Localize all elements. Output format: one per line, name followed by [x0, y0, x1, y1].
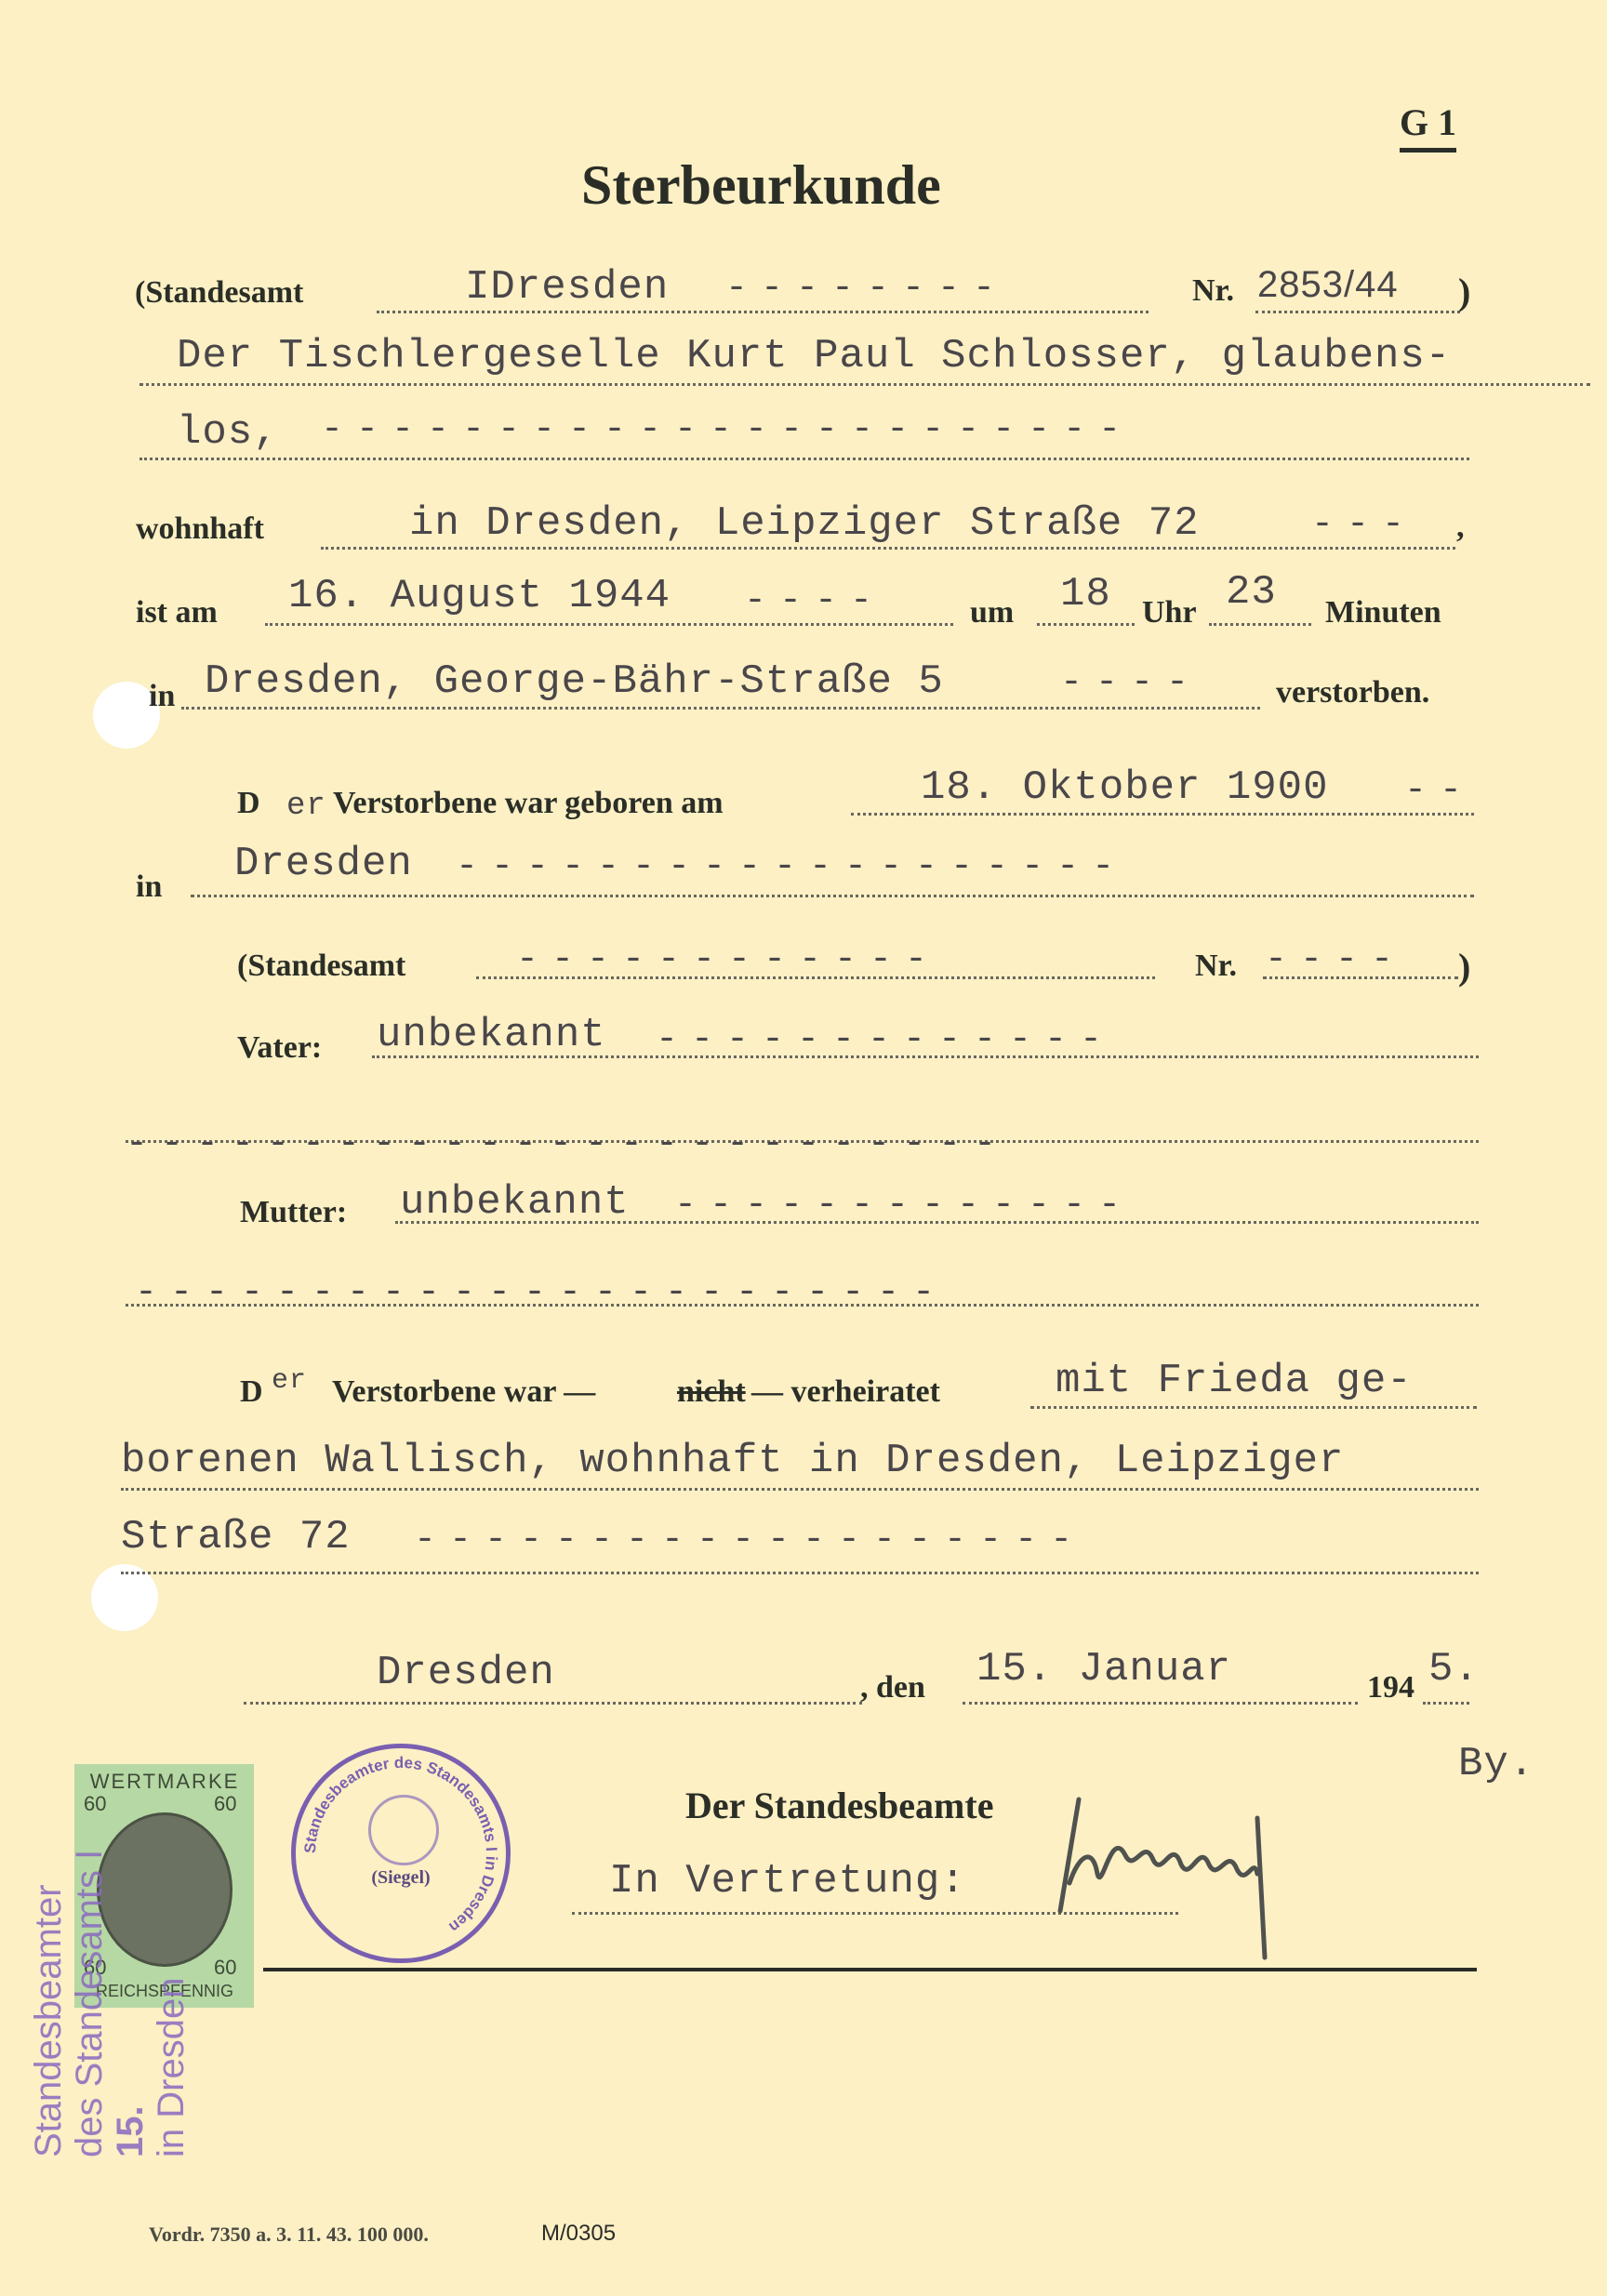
cancellation-stamp: Standesbeamter des Standesamts I 15. in …	[28, 1711, 192, 2157]
clerk-initials: By.	[1458, 1741, 1534, 1787]
marriage-field-3	[121, 1572, 1479, 1574]
birth-registry-nr-label: Nr.	[1195, 949, 1237, 984]
official-title: Der Standesbeamte	[685, 1784, 993, 1827]
cancellation-line-1: Standesbeamter	[28, 1711, 69, 2157]
birth-date-value: 18. Oktober 1900	[921, 764, 1328, 811]
death-place-filler: ----	[1060, 662, 1202, 704]
death-place-suffix: verstorben.	[1276, 675, 1429, 710]
father-filler: -------------	[656, 1019, 1115, 1061]
father-value: unbekannt	[377, 1012, 606, 1058]
registry-field-line	[377, 311, 1149, 313]
issue-date-field	[963, 1702, 1358, 1705]
issue-year-field	[1423, 1702, 1469, 1705]
revenue-stamp-value-br: 60	[214, 1956, 236, 1980]
marriage-filler: -------------------	[414, 1520, 1085, 1561]
marriage-value-line3: Straße 72	[121, 1514, 351, 1560]
birth-date-filler: --	[1404, 770, 1475, 812]
birth-place-filler: -------------------	[456, 846, 1127, 888]
death-minuten-label: Minuten	[1325, 595, 1441, 630]
mother-label: Mutter:	[240, 1195, 347, 1230]
birth-in-label: in	[136, 869, 162, 905]
issue-year-prefix: 194	[1367, 1670, 1414, 1705]
deceased-filler-dashes: -----------------------	[321, 409, 1134, 451]
death-hour-value: 18	[1060, 571, 1111, 617]
registry-nr-line	[1255, 311, 1460, 313]
marriage-field-2	[121, 1488, 1479, 1491]
issue-place-field	[244, 1702, 862, 1705]
death-minutes-field	[1209, 623, 1311, 626]
death-date-filler: ----	[744, 580, 885, 622]
registry-label: (Standesamt	[135, 275, 303, 311]
birth-place-field	[191, 895, 1474, 897]
signature-rule	[263, 1968, 1477, 1971]
mother-filler-2: -----------------------	[135, 1272, 948, 1314]
marriage-field-1	[1030, 1406, 1477, 1409]
residence-filler: ---	[1311, 504, 1417, 546]
issue-date-value: 15. Januar	[976, 1646, 1231, 1692]
birth-registry-close: )	[1458, 945, 1470, 989]
marriage-label-after: — verheiratet	[751, 1374, 940, 1410]
birth-date-field	[851, 813, 1474, 816]
deceased-line1-field	[139, 383, 1590, 386]
death-um-label: um	[970, 595, 1014, 630]
birth-label: Verstorbene war geboren am	[333, 786, 724, 821]
death-date-value: 16. August 1944	[288, 573, 671, 619]
death-date-field	[265, 623, 953, 626]
marriage-value-line2: borenen Wallisch, wohnhaft in Dresden, L…	[121, 1438, 1344, 1484]
death-place-label: in	[149, 679, 175, 714]
seal-center-label: (Siegel)	[296, 1867, 506, 1889]
page-title: Sterbeurkunde	[581, 153, 941, 218]
deceased-line2-field	[139, 458, 1469, 460]
marriage-label-prefix: D	[240, 1374, 263, 1410]
birth-label-insert: er	[286, 789, 326, 824]
seal-emblem-placeholder	[368, 1795, 439, 1865]
death-hour-field	[1037, 623, 1135, 626]
residence-value: in Dresden, Leipziger Straße 72	[409, 500, 1200, 547]
father-label: Vater:	[237, 1030, 322, 1066]
official-deputy-label: In Vertretung:	[609, 1858, 966, 1904]
father-filler-2: -------------------------	[126, 1123, 1009, 1165]
registry-filler-dashes: --------	[725, 268, 1008, 310]
issue-year-suffix: 5.	[1428, 1646, 1480, 1692]
death-place-value: Dresden, George-Bähr-Straße 5	[205, 658, 944, 705]
cancellation-line-3: 15.	[110, 1711, 151, 2157]
registry-number-value: 2853/44	[1257, 264, 1399, 306]
birth-registry-label: (Standesamt	[237, 949, 405, 984]
footer-print-reference: Vordr. 7350 a. 3. 11. 43. 100 000.	[149, 2223, 429, 2247]
cancellation-line-2: des Standesamts I	[69, 1711, 110, 2157]
marriage-value-line1: mit Frieda ge-	[1056, 1358, 1413, 1404]
marriage-label-insert: er	[272, 1365, 307, 1397]
residence-comma: ,	[1456, 510, 1465, 545]
revenue-stamp-value-tr: 60	[214, 1792, 236, 1816]
mother-filler: -------------	[674, 1185, 1134, 1227]
deceased-name-line1: Der Tischlergeselle Kurt Paul Schlosser,…	[177, 333, 1451, 379]
form-code: G 1	[1400, 100, 1456, 153]
cancellation-line-4: in Dresden	[151, 1711, 192, 2157]
marriage-label: Verstorbene war —	[332, 1374, 595, 1410]
birth-place-value: Dresden	[234, 841, 413, 887]
death-uhr-label: Uhr	[1142, 595, 1197, 630]
footer-code: M/0305	[541, 2221, 616, 2247]
handwritten-signature	[1042, 1772, 1302, 1976]
death-date-label: ist am	[136, 595, 218, 630]
deceased-name-line2: los,	[177, 409, 279, 456]
residence-label: wohnhaft	[136, 511, 264, 547]
marriage-struck-nicht: nicht	[677, 1374, 746, 1410]
death-minutes-value: 23	[1226, 569, 1277, 616]
birth-registry-nr-filler: ----	[1265, 939, 1406, 981]
issue-den-label: , den	[860, 1670, 925, 1705]
registry-office-value: IDresden	[465, 264, 669, 311]
death-place-field	[181, 707, 1260, 710]
registry-nr-label: Nr.	[1192, 273, 1234, 309]
mother-value: unbekannt	[400, 1179, 630, 1226]
birth-registry-filler: ------------	[516, 939, 940, 981]
issue-place-value: Dresden	[377, 1650, 555, 1696]
birth-label-prefix: D	[237, 786, 260, 821]
registry-close: )	[1458, 270, 1470, 313]
official-seal: Standesbeamter des Standesamts I in Dres…	[291, 1744, 511, 1963]
residence-field	[321, 547, 1455, 550]
